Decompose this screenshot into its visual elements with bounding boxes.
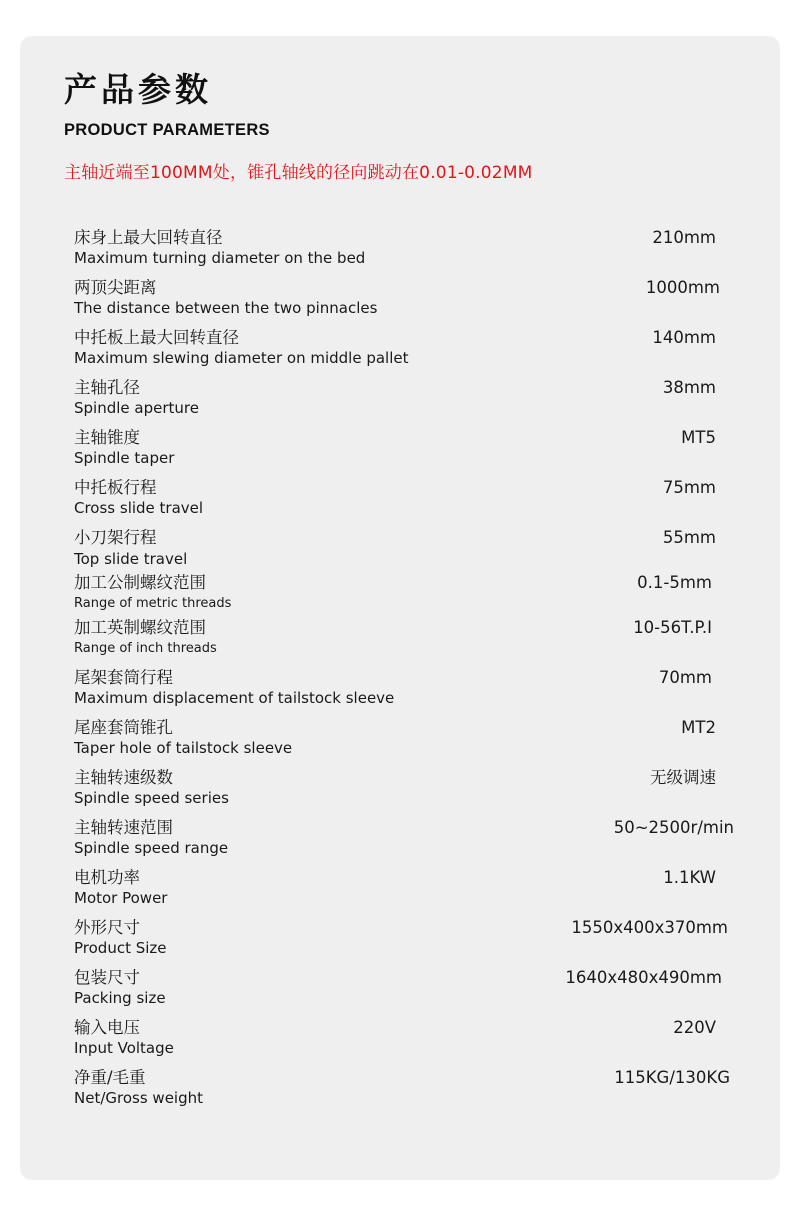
spec-row: 输入电压 Input Voltage 220V [74, 1017, 734, 1067]
spec-row: 尾座套筒锥孔 Taper hole of tailstock sleeve MT… [74, 717, 734, 767]
spec-label-en: Spindle taper [74, 448, 174, 468]
page-title-cn: 产品参数 [64, 70, 212, 110]
spec-value: 38mm [663, 377, 716, 399]
spec-label-en: Input Voltage [74, 1038, 174, 1058]
spec-label-en: Motor Power [74, 888, 167, 908]
spec-label-en: Top slide travel [74, 549, 187, 569]
spec-row: 净重/毛重 Net/Gross weight 115KG/130KG [74, 1067, 734, 1117]
spec-row: 主轴孔径 Spindle aperture 38mm [74, 377, 734, 427]
spec-label-en: Spindle aperture [74, 398, 199, 418]
spec-row: 主轴转速级数 Spindle speed series 无级调速 [74, 767, 734, 817]
spec-label-en: Spindle speed series [74, 788, 229, 808]
spec-value: 10-56T.P.I [633, 617, 712, 639]
spec-label-en: Product Size [74, 938, 167, 958]
spec-row: 床身上最大回转直径 Maximum turning diameter on th… [74, 227, 734, 277]
spec-label-en: Maximum slewing diameter on middle palle… [74, 348, 408, 368]
spec-row: 小刀架行程 Top slide travel 55mm [74, 527, 734, 572]
spec-row: 中托板上最大回转直径 Maximum slewing diameter on m… [74, 327, 734, 377]
spec-row: 主轴转速范围 Spindle speed range 50~2500r/min [74, 817, 734, 867]
spec-label-cn: 尾座套筒锥孔 [74, 717, 173, 739]
spec-value: 55mm [663, 527, 716, 549]
spec-label-en: Packing size [74, 988, 166, 1008]
spec-label-en: Maximum displacement of tailstock sleeve [74, 688, 394, 708]
spec-label-cn: 主轴转速级数 [74, 767, 173, 789]
runout-note: 主轴近端至100MM处，锥孔轴线的径向跳动在0.01-0.02MM [64, 158, 533, 183]
spec-value: 220V [673, 1017, 716, 1039]
spec-label-cn: 加工公制螺纹范围 [74, 572, 206, 594]
spec-value: 无级调速 [650, 767, 716, 789]
page-title-en: PRODUCT PARAMETERS [64, 121, 270, 140]
spec-row: 主轴锥度 Spindle taper MT5 [74, 427, 734, 477]
spec-label-en: Range of metric threads [74, 594, 231, 614]
spec-value: 115KG/130KG [614, 1067, 730, 1089]
spec-row: 尾架套筒行程 Maximum displacement of tailstock… [74, 667, 734, 717]
spec-value: 75mm [663, 477, 716, 499]
spec-label-cn: 中托板上最大回转直径 [74, 327, 239, 349]
spec-label-en: The distance between the two pinnacles [74, 298, 377, 318]
spec-value: 50~2500r/min [614, 817, 734, 839]
spec-row: 电机功率 Motor Power 1.1KW [74, 867, 734, 917]
spec-label-cn: 主轴转速范围 [74, 817, 173, 839]
spec-row: 加工英制螺纹范围 Range of inch threads 10-56T.P.… [74, 617, 734, 667]
spec-label-en: Taper hole of tailstock sleeve [74, 738, 292, 758]
spec-value: MT2 [681, 717, 716, 739]
spec-list: 床身上最大回转直径 Maximum turning diameter on th… [74, 227, 734, 1117]
spec-label-cn: 包装尺寸 [74, 967, 140, 989]
spec-label-cn: 尾架套筒行程 [74, 667, 173, 689]
spec-label-cn: 外形尺寸 [74, 917, 140, 939]
spec-label-cn: 小刀架行程 [74, 527, 157, 549]
spec-row: 两顶尖距离 The distance between the two pinna… [74, 277, 734, 327]
spec-label-cn: 净重/毛重 [74, 1067, 146, 1089]
spec-label-en: Maximum turning diameter on the bed [74, 248, 365, 268]
spec-row: 中托板行程 Cross slide travel 75mm [74, 477, 734, 527]
spec-label-en: Net/Gross weight [74, 1088, 203, 1108]
spec-value: 0.1-5mm [637, 572, 712, 594]
spec-label-en: Spindle speed range [74, 838, 228, 858]
spec-label-en: Range of inch threads [74, 639, 217, 659]
spec-row: 包装尺寸 Packing size 1640x480x490mm [74, 967, 734, 1017]
spec-label-cn: 电机功率 [74, 867, 140, 889]
spec-label-cn: 床身上最大回转直径 [74, 227, 223, 249]
spec-value: 140mm [652, 327, 716, 349]
spec-row: 外形尺寸 Product Size 1550x400x370mm [74, 917, 734, 967]
spec-value: 1550x400x370mm [571, 917, 728, 939]
spec-value: 210mm [652, 227, 716, 249]
spec-label-cn: 加工英制螺纹范围 [74, 617, 206, 639]
spec-value: 1.1KW [663, 867, 716, 889]
spec-label-cn: 中托板行程 [74, 477, 157, 499]
spec-value: 1640x480x490mm [565, 967, 722, 989]
parameters-card: 产品参数 PRODUCT PARAMETERS 主轴近端至100MM处，锥孔轴线… [20, 36, 780, 1180]
spec-label-cn: 主轴孔径 [74, 377, 140, 399]
spec-label-cn: 两顶尖距离 [74, 277, 157, 299]
spec-label-cn: 主轴锥度 [74, 427, 140, 449]
spec-value: 1000mm [646, 277, 720, 299]
spec-row: 加工公制螺纹范围 Range of metric threads 0.1-5mm [74, 572, 734, 617]
spec-value: 70mm [659, 667, 712, 689]
spec-label-en: Cross slide travel [74, 498, 203, 518]
spec-label-cn: 输入电压 [74, 1017, 140, 1039]
spec-value: MT5 [681, 427, 716, 449]
